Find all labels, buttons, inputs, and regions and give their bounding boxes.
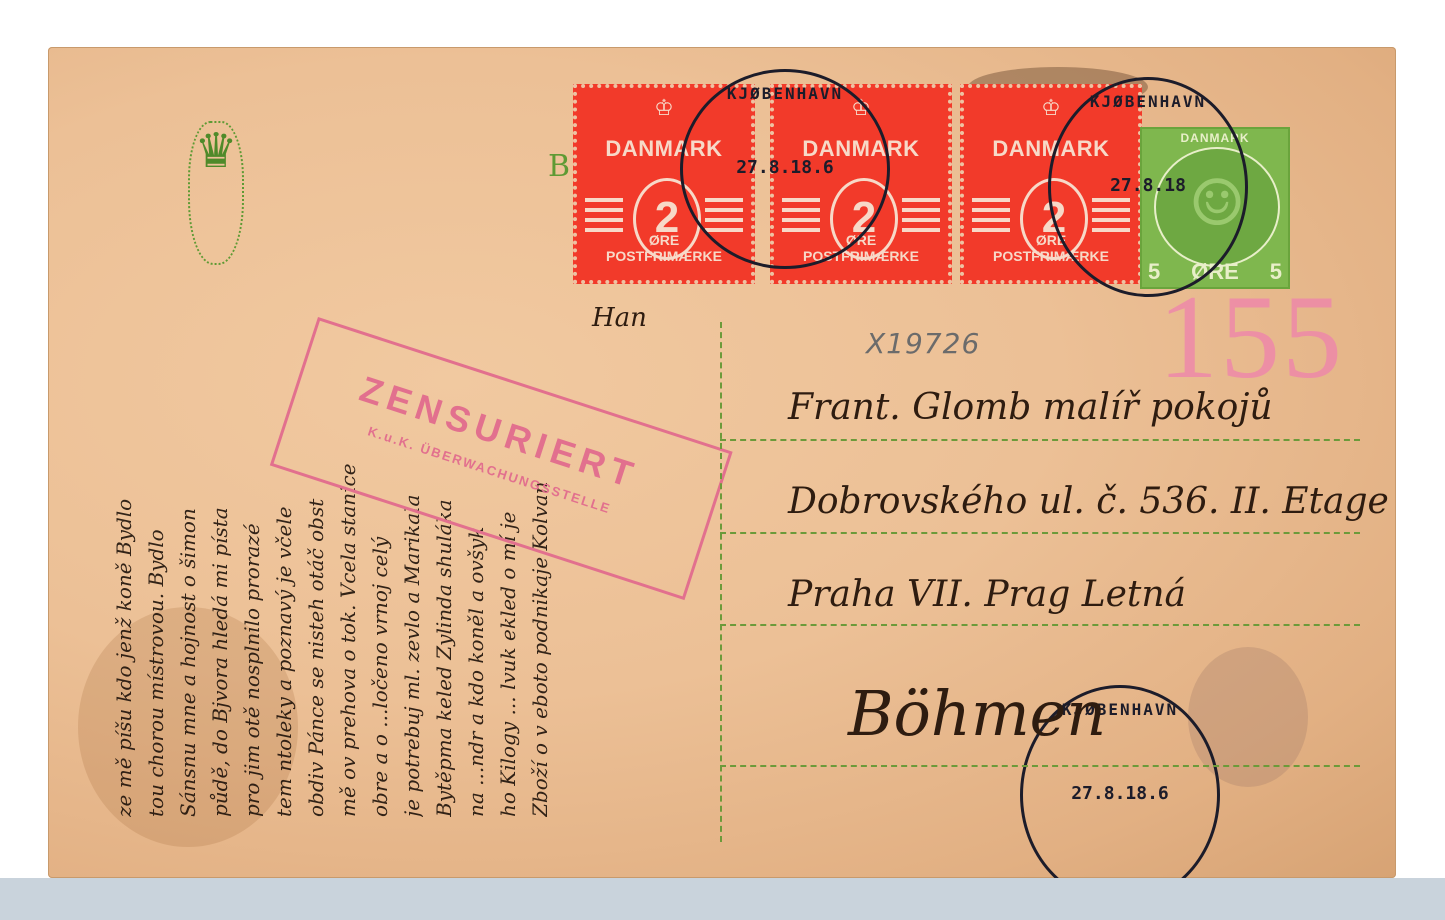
address-line-rule — [720, 439, 1360, 441]
background-band — [0, 878, 1445, 920]
postmark-date: 27.8.18 — [1051, 175, 1245, 196]
address-line-rule — [720, 532, 1360, 534]
divider-line — [720, 322, 722, 842]
stamp-subtitle: POSTFRIMÆRKE — [606, 248, 722, 264]
number-stamp: 155 — [1158, 277, 1344, 397]
postmark: KJØBENHAVN 27.8.18 — [1048, 77, 1248, 297]
postcard: ♛ BREV ze mě píšu kdo jenž koně Bydlo to… — [48, 47, 1396, 878]
stamp-denomination: ØRE — [649, 232, 679, 248]
postmark: KJØBENHAVN 27.8.18.6 — [680, 69, 890, 269]
address-line-1: Frant. Glomb malíř pokojů — [788, 387, 1273, 428]
postmark-city: KJØBENHAVN — [683, 84, 887, 103]
pencil-note: X19726 — [866, 327, 980, 360]
message-line: ze mě píšu kdo jenž koně Bydlo — [108, 117, 140, 817]
message-line: pro jim otě nosplnilo prorazé — [236, 117, 268, 817]
address-line-3: Praha VII. Prag Letná — [788, 574, 1186, 615]
postmark-date: 27.8.18.6 — [683, 157, 887, 178]
message-line: půdě, do Bjvora hledá mi písta — [204, 117, 236, 817]
address-line-2: Dobrovského ul. č. 536. II. Etage — [788, 481, 1389, 522]
message-line: tou chorou místrovou. Bydlo — [140, 117, 172, 817]
message-line: Sánsnu mne a hojnost o šimon — [172, 117, 204, 817]
postmark-date: 27.8.18.6 — [1023, 783, 1217, 804]
postmark-city: KJØBENHAVN — [1051, 92, 1245, 111]
address-line-rule — [720, 765, 1360, 767]
waves-icon — [585, 198, 623, 234]
waves-icon — [972, 198, 1010, 234]
waves-icon — [902, 198, 940, 234]
address-line-rule — [720, 624, 1360, 626]
address-line-4: Böhmen — [848, 677, 1106, 750]
sender-prefix: Han — [592, 303, 647, 333]
